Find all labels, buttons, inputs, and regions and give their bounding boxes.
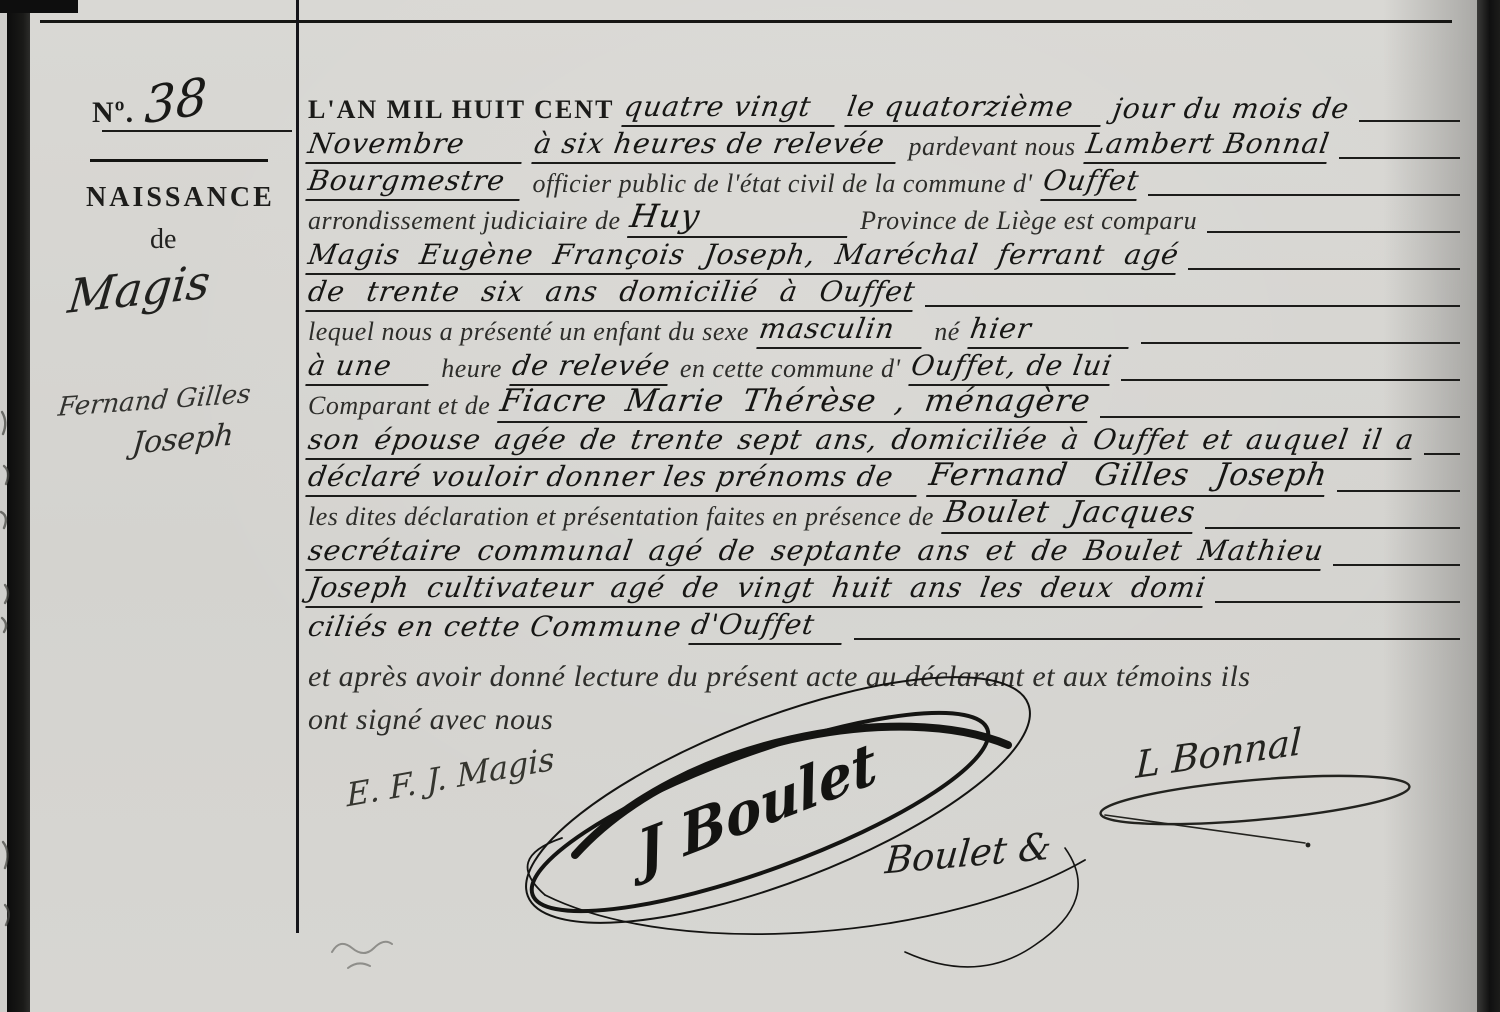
right-film-band [1477, 0, 1500, 1012]
printed-form-text: L'AN MIL HUIT CENT [308, 97, 614, 127]
body-line: déclaré vouloir donner les prénoms deFer… [308, 460, 1460, 497]
blank-rule [1188, 266, 1460, 270]
binding-gutter-bar [7, 0, 30, 1012]
form-script-text: les dites déclaration et présentation fa… [308, 504, 934, 534]
blank-rule [1205, 525, 1460, 529]
body-line: Novembreà six heures de relevéepardevant… [308, 127, 1460, 164]
handwritten-text: ciliés en cette Commune [305, 613, 683, 645]
form-script-text: officier public de l'état civil de la co… [532, 171, 1032, 201]
body-line: secrétaire communal agé de septante ans … [308, 534, 1460, 571]
form-script-text: Comparant et de [308, 393, 490, 423]
handwritten-text: Ouffet [1040, 167, 1141, 201]
blank-rule [1207, 229, 1460, 233]
blank-rule [1339, 155, 1460, 159]
body-line: ciliés en cette Communed'Ouffet [308, 608, 1460, 645]
blank-rule [1359, 118, 1460, 122]
act-type-heading: NAISSANCE [86, 182, 275, 214]
act-number: Nº. 38 [92, 96, 134, 130]
margin-name-given: Joseph [131, 417, 235, 461]
blank-rule [1337, 488, 1460, 492]
body-line: les dites déclaration et présentation fa… [308, 497, 1460, 534]
margin-rule [102, 130, 292, 132]
act-type-de: de [150, 224, 176, 256]
handwritten-text: quatre vingt [622, 93, 840, 127]
blank-rule [1333, 562, 1460, 566]
form-script-text: en cette commune d' [680, 356, 901, 386]
handwritten-text: d'Ouffet [688, 611, 847, 645]
body-line: et après avoir donné lecture du présent … [308, 659, 1460, 696]
signature-witness-1: J Boulet [633, 729, 881, 887]
handwritten-text: déclaré vouloir donner les prénoms de [305, 463, 921, 497]
blank-rule [1100, 414, 1460, 418]
handwritten-text: Bourgmestre [305, 167, 525, 201]
act-body-text: L'AN MIL HUIT CENTquatre vingtle quatorz… [308, 90, 1460, 739]
handwritten-text: Lambert Bonnal [1083, 130, 1331, 164]
body-line: à uneheurede relevéeen cette commune d'O… [308, 349, 1460, 386]
body-line: lequel nous a présenté un enfant du sexe… [308, 312, 1460, 349]
handwritten-text: Joseph cultivateur agé de vingt huit ans… [305, 574, 1208, 608]
handwritten-text: jour du mois de [1111, 95, 1352, 127]
blank-rule [854, 636, 1460, 640]
body-line: Joseph cultivateur agé de vingt huit ans… [308, 571, 1460, 608]
body-line: L'AN MIL HUIT CENTquatre vingtle quatorz… [308, 90, 1460, 127]
act-number-label: Nº. [92, 96, 134, 129]
body-line: Magis Eugène François Joseph, Maréchal f… [308, 238, 1460, 275]
handwritten-text: à six heures de relevée [531, 130, 901, 164]
margin-name-given: Fernand Gilles [57, 379, 252, 423]
handwritten-text: de relevée [509, 352, 672, 386]
handwritten-text: son épouse agée de trente sept ans, domi… [305, 426, 1416, 460]
form-script-text: arrondissement judiciaire de [308, 208, 620, 238]
handwritten-text: à une [305, 352, 434, 386]
form-script-text: lequel nous a présenté un enfant du sexe [308, 319, 749, 349]
margin-name-surname: Magis [66, 254, 213, 324]
handwritten-text: masculin [756, 315, 927, 349]
handwritten-text: Fernand Gilles Joseph [926, 460, 1330, 497]
body-line: Bourgmestreofficier public de l'état civ… [308, 164, 1460, 201]
signature-witness-2: Boulet & [883, 824, 1053, 882]
handwritten-text: Novembre [305, 130, 527, 164]
margin-rule [90, 159, 268, 162]
body-line: son épouse agée de trente sept ans, domi… [308, 423, 1460, 460]
blank-rule [1215, 599, 1460, 603]
form-script-text: pardevant nous [909, 134, 1076, 164]
form-script-text: Province de Liège est comparu [860, 208, 1197, 238]
act-number-value: 38 [144, 67, 208, 136]
top-left-film-mark [0, 0, 78, 13]
blank-rule [925, 303, 1460, 307]
blank-rule [1121, 377, 1460, 381]
handwritten-text: Magis Eugène François Joseph, Maréchal f… [305, 241, 1181, 275]
blank-rule [1148, 192, 1460, 196]
birth-certificate-page: Nº. 38 NAISSANCE de Magis Fernand Gilles… [0, 0, 1500, 1012]
handwritten-text: le quatorzième [844, 93, 1105, 127]
body-line: de trente six ans domicilié à Ouffet [308, 275, 1460, 312]
handwritten-text: secrétaire communal agé de septante ans … [305, 537, 1325, 571]
handwritten-text: Boulet Jacques [941, 498, 1197, 534]
blank-rule [1141, 340, 1460, 344]
body-line: arrondissement judiciaire deHuyProvince … [308, 201, 1460, 238]
blank-rule [1424, 451, 1460, 455]
body-line: Comparant et deFiacre Marie Thérèse , mé… [308, 386, 1460, 423]
form-script-text: heure [441, 356, 502, 386]
form-script-text: ont signé avec nous [308, 705, 553, 739]
top-horizontal-rule [40, 20, 1452, 23]
form-script-text: et après avoir donné lecture du présent … [308, 662, 1251, 696]
handwritten-text: Fiacre Marie Thérèse , ménagère [497, 386, 1093, 423]
margin-separator-line [296, 0, 299, 933]
handwritten-text: Huy [627, 200, 853, 238]
handwritten-text: hier [967, 315, 1133, 349]
stray-ink-marks [332, 942, 392, 968]
signature-declarant: E. F. J. Magis [346, 740, 555, 815]
form-script-text: né [934, 319, 960, 349]
handwritten-text: Ouffet, de lui [908, 352, 1114, 386]
handwritten-text: de trente six ans domicilié à Ouffet [305, 278, 917, 312]
